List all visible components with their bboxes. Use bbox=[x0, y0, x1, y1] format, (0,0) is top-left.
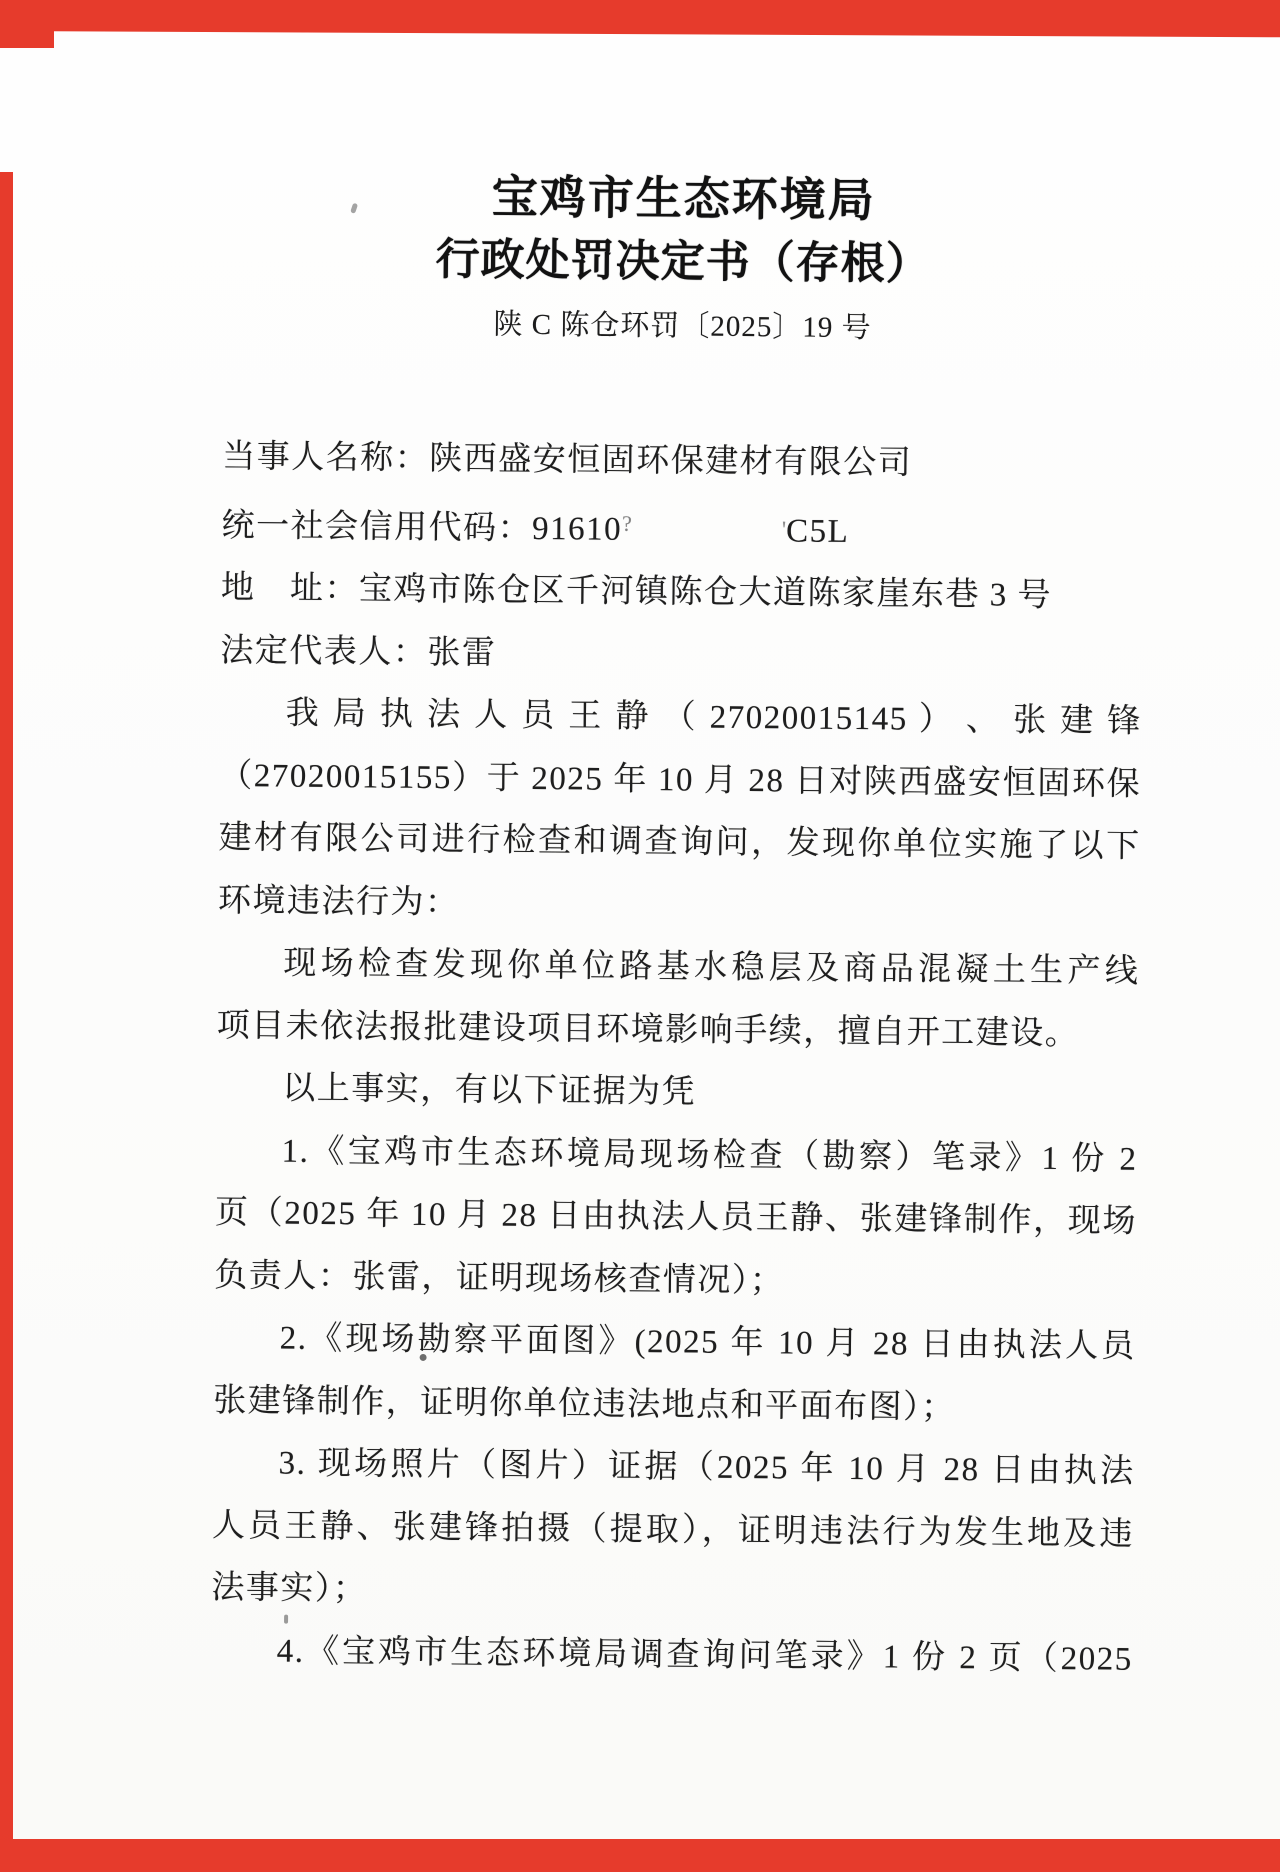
doc-line: 2.《现场勘察平面图》(2025 年 10 月 28 日由执法人员 bbox=[213, 1307, 1136, 1378]
doc-number: 陕 C 陈仓环罚〔2025〕19 号 bbox=[221, 301, 1143, 352]
doc-line: 环境违法行为： bbox=[218, 869, 1141, 940]
document-sheet: 宝鸡市生态环境局 行政处罚决定书（存根） 陕 C 陈仓环罚〔2025〕19 号 … bbox=[0, 0, 1280, 1872]
body-paragraph-lines: 我 局 执 法 人 员 王 静 （ 27020015145 ） 、 张 建 锋（… bbox=[210, 682, 1142, 1691]
doc-line: 负责人：张雷，证明现场核查情况）； bbox=[214, 1244, 1137, 1315]
legal-rep-line: 法定代表人：张雷 bbox=[220, 619, 1143, 690]
uscc-faint-mark: ? bbox=[622, 510, 632, 535]
address-line: 地 址：宝鸡市陈仓区千河镇陈仓大道陈家崖东巷 3 号 bbox=[221, 557, 1144, 628]
doc-line: 3. 现场照片（图片）证据（2025 年 10 月 28 日由执法 bbox=[212, 1432, 1135, 1503]
doc-line: 张建锋制作，证明你单位违法地点和平面布图）； bbox=[213, 1369, 1136, 1440]
doc-line: 建材有限公司进行检查和调查询问，发现你单位实施了以下 bbox=[218, 807, 1141, 878]
doc-line: 现场检查发现你单位路基水稳层及商品混凝土生产线 bbox=[217, 932, 1140, 1003]
uscc-faint-mark: ' bbox=[782, 517, 787, 543]
doc-line: （27020015155）于 2025 年 10 月 28 日对陕西盛安恒固环保 bbox=[219, 744, 1142, 815]
uscc-suffix-text: C5L bbox=[786, 513, 850, 550]
doc-line: 我 局 执 法 人 员 王 静 （ 27020015145 ） 、 张 建 锋 bbox=[219, 682, 1142, 753]
doc-line: 1.《宝鸡市生态环境局现场检查（勘察）笔录》1 份 2 bbox=[215, 1119, 1138, 1190]
uscc-visible-text: 统一社会信用代码：91610 bbox=[221, 507, 622, 547]
document-header: 宝鸡市生态环境局 行政处罚决定书（存根） 陕 C 陈仓环罚〔2025〕19 号 bbox=[221, 162, 1145, 352]
document-body: 当事人名称：陕西盛安恒固环保建材有限公司 统一社会信用代码：91610?'C5L… bbox=[210, 426, 1144, 1691]
doc-type-title: 行政处罚决定书（存根） bbox=[222, 226, 1145, 299]
doc-line: 人员王静、张建锋拍摄（提取），证明违法行为发生地及违 bbox=[212, 1494, 1135, 1565]
doc-line: 法事实）； bbox=[211, 1557, 1134, 1628]
party-name-line: 当事人名称：陕西盛安恒固环保建材有限公司 bbox=[222, 426, 1145, 497]
doc-line: 4.《宝鸡市生态环境局调查询问笔录》1 份 2 页（2025 bbox=[210, 1619, 1133, 1690]
uscc-redacted-gap bbox=[632, 539, 782, 540]
doc-line: 项目未依法报批建设项目环境影响手续，擅自开工建设。 bbox=[216, 994, 1139, 1065]
agency-title: 宝鸡市生态环境局 bbox=[222, 162, 1145, 235]
doc-line: 页（2025 年 10 月 28 日由执法人员王静、张建锋制作，现场 bbox=[215, 1182, 1138, 1253]
uscc-line: 统一社会信用代码：91610?'C5L bbox=[221, 488, 1144, 565]
doc-line: 以上事实，有以下证据为凭 bbox=[216, 1057, 1139, 1128]
